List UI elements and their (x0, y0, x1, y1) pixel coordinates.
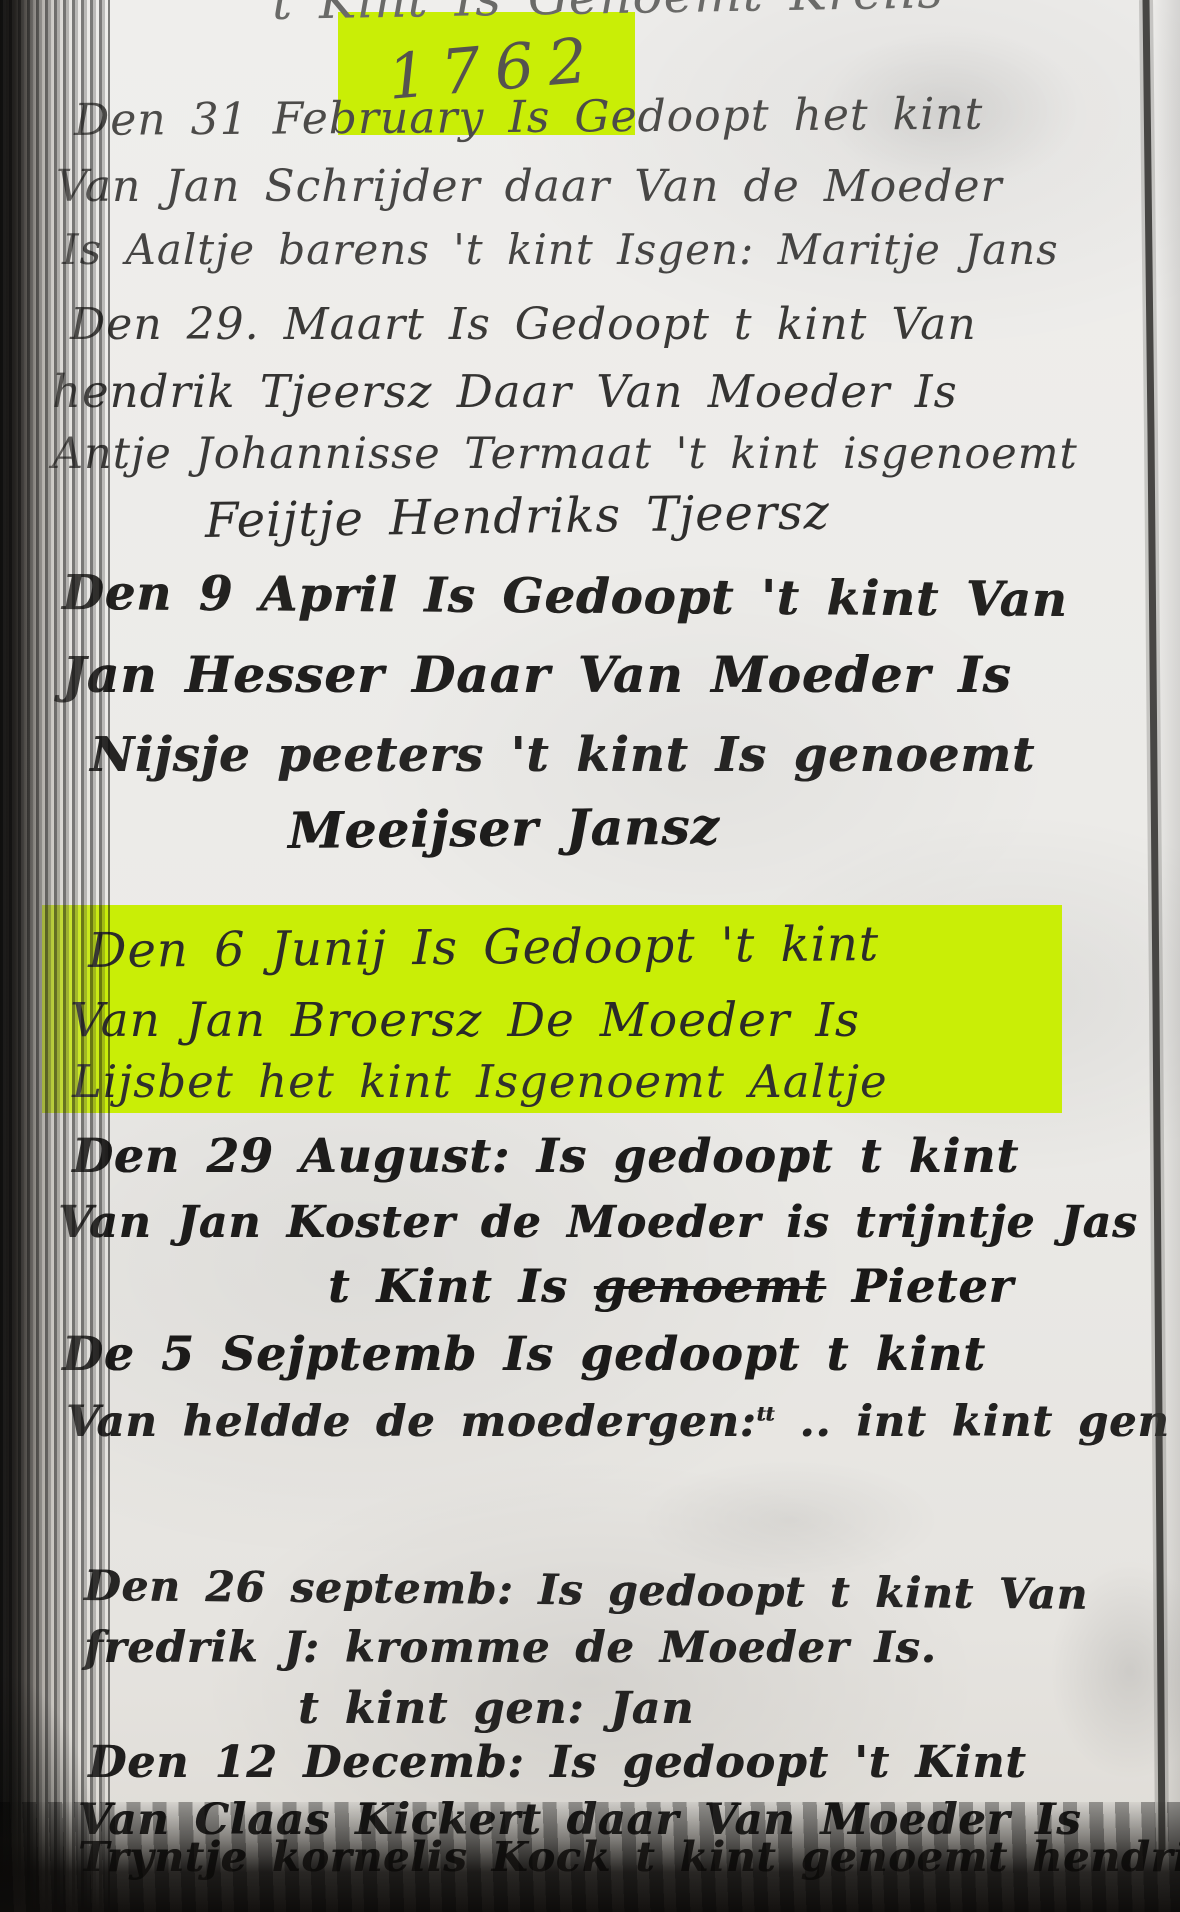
entry-apr-line4: Meeijser Jansz (288, 797, 720, 859)
book-binding-corner-shadow (0, 1500, 90, 1912)
entry-sep26-line2: fredrik J: kromme de Moeder Is. (84, 1624, 937, 1673)
entry-aug-line3-struck-word: genoemt (594, 1259, 826, 1313)
entry-sep26-line3: t kint gen: Jan (298, 1684, 694, 1735)
scan-right-margin (1154, 0, 1180, 1912)
entry-aug-line3-post: Pieter (826, 1259, 1014, 1313)
entry-mar-line1: Den 29. Maart Is Gedoopt t kint Van (70, 300, 977, 351)
register-page-scan: t Kint Is Genoemt Krelis 1762 Den 31 Feb… (0, 0, 1180, 1912)
entry-jun-line1: Den 6 Junij Is Gedoopt 't kint (88, 917, 880, 979)
paper-stain (640, 1460, 940, 1580)
entry-aug-line3: t Kint Is genoemt Pieter (328, 1260, 1014, 1313)
entry-sep5-line2: Van heldde de moedergen:tt .. int kint g… (66, 1398, 1180, 1447)
entry-sep5-line1: De 5 Sejptemb Is gedoopt t kint (62, 1328, 986, 1382)
entry-apr-line2: Jan Hesser Daar Van Moeder Is (62, 646, 1012, 704)
header-fragment-line: t Kint Is Genoemt Krelis (271, 0, 944, 31)
entry-aug-line2: Van Jan Koster de Moeder is trijntje Jas (58, 1198, 1138, 1249)
entry-jun-line2: Van Jan Broersz De Moeder Is (70, 994, 860, 1048)
entry-sep5-line2-superscript: tt (757, 1403, 775, 1426)
entry-feb-line3: Is Aaltje barens 't kint Isgen: Maritje … (62, 226, 1059, 274)
entry-mar-line2: hendrik Tjeersz Daar Van Moeder Is (52, 366, 958, 418)
entry-jun-line3: Lijsbet het kint Isgenoemt Aaltje (72, 1056, 888, 1108)
entry-mar-line3: Antje Johannisse Termaat 't kint isgenoe… (52, 430, 1078, 479)
entry-sep5-line2-pre: Van heldde de moedergen: (66, 1397, 757, 1447)
entry-apr-line1: Den 9 April Is Gedoopt 't kint Van (62, 566, 1068, 628)
entry-sep26-line1: Den 26 septemb: Is gedoopt t kint Van (84, 1562, 1088, 1619)
entry-feb-line2: Van Jan Schrijder daar Van de Moeder (56, 162, 1003, 213)
entry-feb-line1: Den 31 February Is Gedoopt het kint (74, 90, 984, 147)
entry-dec-line1: Den 12 Decemb: Is gedoopt 't Kint (88, 1738, 1027, 1789)
entry-apr-line3: Nijsje peeters 't kint Is genoemt (90, 728, 1035, 783)
entry-aug-line1: Den 29 August: Is gedoopt t kint (72, 1130, 1019, 1184)
entry-dec-line3: Tryntje kornelis Kock t kint genoemt hen… (78, 1834, 1180, 1881)
entry-aug-line3-pre: t Kint Is (328, 1259, 594, 1313)
entry-mar-line4: Feijtje Hendriks Tjeersz (205, 485, 831, 549)
entry-sep5-line2-post: .. int kint gen Jan (774, 1397, 1180, 1447)
